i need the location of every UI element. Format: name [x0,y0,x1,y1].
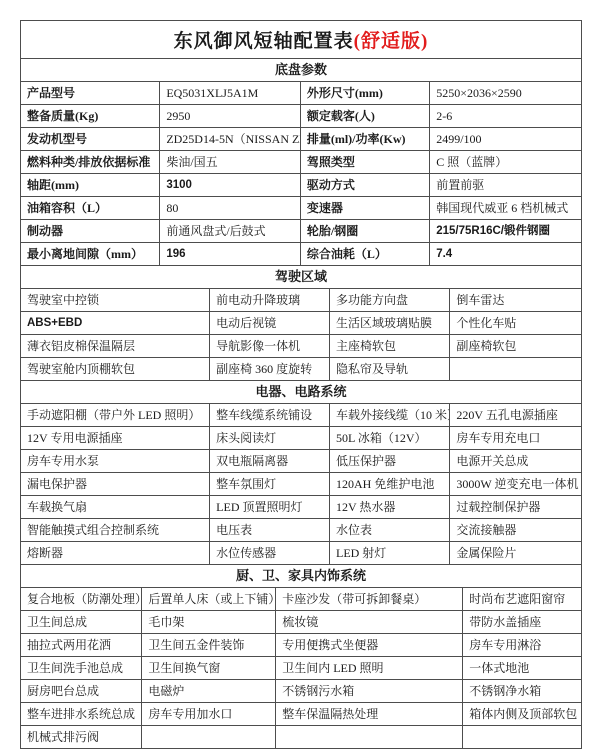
table-row: 抽拉式两用花洒卫生间五金件装饰专用便携式坐便器房车专用淋浴 [21,633,581,656]
feature-cell: 金属保险片 [449,542,581,564]
spec-label: 燃料种类/排放依据标准 [21,151,159,173]
spec-label: 油箱容积（L） [21,197,159,219]
spec-label: 排量(ml)/功率(Kw) [300,128,429,150]
table-sections: 底盘参数产品型号EQ5031XLJ5A1M外形尺寸(mm)5250×2036×2… [21,58,581,741]
feature-cell: 手动遮阳棚（带户外 LED 照明） [21,404,209,426]
config-table: 东风御风短轴配置表(舒适版) 底盘参数产品型号EQ5031XLJ5A1M外形尺寸… [20,20,582,741]
feature-cell: 专用便携式坐便器 [275,634,462,656]
spec-value: 2-6 [429,105,581,127]
spec-label: 产品型号 [21,82,159,104]
spec-value: 韩国现代威亚 6 档机械式 [429,197,581,219]
feature-cell: 厨房吧台总成 [21,680,141,702]
feature-cell: 房车专用水泵 [21,450,209,472]
feature-cell: 倒车雷达 [449,289,581,311]
spec-value: ZD25D14-5N（NISSAN ZD） [159,128,300,150]
feature-cell: 电源开关总成 [449,450,581,472]
feature-cell: 12V 热水器 [329,496,449,518]
feature-cell: 漏电保护器 [21,473,209,495]
section-header-chassis-parameters: 底盘参数 [21,58,581,81]
table-row: 发动机型号ZD25D14-5N（NISSAN ZD）排量(ml)/功率(Kw)2… [21,127,581,150]
feature-cell: 50L 冰箱（12V） [329,427,449,449]
table-row: ABS+EBD电动后视镜生活区域玻璃贴膜个性化车贴 [21,311,581,334]
feature-cell: 前电动升降玻璃 [209,289,329,311]
table-row: 薄衣铝皮棉保温隔层导航影像一体机主座椅软包副座椅软包 [21,334,581,357]
spec-value: 前通风盘式/后鼓式 [159,220,300,242]
table-row: 卫生间洗手池总成卫生间换气窗卫生间内 LED 照明一体式地池 [21,656,581,679]
feature-cell: 驾驶室中控锁 [21,289,209,311]
feature-cell: 水位表 [329,519,449,541]
spec-label: 驱动方式 [300,174,429,196]
spec-value: 196 [159,243,300,265]
table-row: 漏电保护器整车氛围灯120AH 免维护电池3000W 逆变充电一体机 [21,472,581,495]
feature-cell: 机械式排污阀 [21,726,141,741]
spec-label: 发动机型号 [21,128,159,150]
spec-value: 2499/100 [429,128,581,150]
spec-label: 轴距(mm) [21,174,159,196]
feature-cell: 导航影像一体机 [209,335,329,357]
feature-cell: 一体式地池 [462,657,581,679]
feature-cell: 整车线缆系统铺设 [209,404,329,426]
spec-label: 制动器 [21,220,159,242]
feature-cell: 薄衣铝皮棉保温隔层 [21,335,209,357]
table-row: 油箱容积（L）80变速器韩国现代威亚 6 档机械式 [21,196,581,219]
feature-cell: 车载外接线缆（10 米） [329,404,449,426]
feature-cell: 智能触摸式组合控制系统 [21,519,209,541]
feature-cell: 隐私帘及导轨 [329,358,449,380]
feature-cell: 12V 专用电源插座 [21,427,209,449]
feature-cell: 房车专用加水口 [141,703,275,725]
feature-cell: 车载换气扇 [21,496,209,518]
feature-cell: 副座椅 360 度旋转 [209,358,329,380]
spec-label: 整备质量(Kg) [21,105,159,127]
feature-cell: 120AH 免维护电池 [329,473,449,495]
feature-cell: 水位传感器 [209,542,329,564]
feature-cell [275,726,462,741]
feature-cell: LED 射灯 [329,542,449,564]
table-row: 复合地板（防潮处理）后置单人床（或上下铺）卡座沙发（带可拆卸餐桌）时尚布艺遮阳窗… [21,587,581,610]
feature-cell: 不锈钢净水箱 [462,680,581,702]
feature-cell: 抽拉式两用花洒 [21,634,141,656]
table-row: 燃料种类/排放依据标准柴油/国五驾照类型C 照（蓝牌） [21,150,581,173]
section-header-electrical-circuit-system: 电器、电路系统 [21,380,581,403]
feature-cell: 整车进排水系统总成 [21,703,141,725]
feature-cell: 时尚布艺遮阳窗帘 [462,588,581,610]
feature-cell: 卫生间五金件装饰 [141,634,275,656]
feature-cell: 卫生间总成 [21,611,141,633]
feature-cell: 卫生间内 LED 照明 [275,657,462,679]
spec-value: EQ5031XLJ5A1M [159,82,300,104]
table-row: 熔断器水位传感器LED 射灯金属保险片 [21,541,581,564]
spec-value: 3100 [159,174,300,196]
feature-cell [462,726,581,741]
feature-cell: 房车专用充电口 [449,427,581,449]
feature-cell: 交流接触器 [449,519,581,541]
table-row: 驾驶室舱内顶棚软包副座椅 360 度旋转隐私帘及导轨 [21,357,581,380]
spec-label: 综合油耗（L） [300,243,429,265]
feature-cell: 双电瓶隔离器 [209,450,329,472]
feature-cell: 电动后视镜 [209,312,329,334]
feature-cell: 梳妆镜 [275,611,462,633]
spec-label: 驾照类型 [300,151,429,173]
feature-cell: 房车专用淋浴 [462,634,581,656]
feature-cell: 床头阅读灯 [209,427,329,449]
table-row: 车载换气扇LED 顶置照明灯12V 热水器过载控制保护器 [21,495,581,518]
table-row: 12V 专用电源插座床头阅读灯50L 冰箱（12V）房车专用充电口 [21,426,581,449]
table-row: 最小离地间隙（mm）196综合油耗（L）7.4 [21,242,581,265]
table-title: 东风御风短轴配置表(舒适版) [21,21,581,58]
feature-cell: 箱体内侧及顶部软包 [462,703,581,725]
feature-cell: 熔断器 [21,542,209,564]
feature-cell: 毛巾架 [141,611,275,633]
feature-cell: 卫生间洗手池总成 [21,657,141,679]
table-row: 驾驶室中控锁前电动升降玻璃多功能方向盘倒车雷达 [21,288,581,311]
table-row: 机械式排污阀 [21,725,581,741]
feature-cell: 卫生间换气窗 [141,657,275,679]
table-row: 轴距(mm)3100驱动方式前置前驱 [21,173,581,196]
section-header-kitchen-bath-furniture-system: 厨、卫、家具内饰系统 [21,564,581,587]
table-row: 手动遮阳棚（带户外 LED 照明）整车线缆系统铺设车载外接线缆（10 米）220… [21,403,581,426]
feature-cell: 过载控制保护器 [449,496,581,518]
feature-cell: 不锈钢污水箱 [275,680,462,702]
spec-value: 5250×2036×2590 [429,82,581,104]
section-header-driving-area: 驾驶区域 [21,265,581,288]
spec-value: 前置前驱 [429,174,581,196]
spec-value: 80 [159,197,300,219]
spec-label: 轮胎/钢圈 [300,220,429,242]
spec-label: 最小离地间隙（mm） [21,243,159,265]
spec-value: 柴油/国五 [159,151,300,173]
title-text: 东风御风短轴配置表 [174,26,354,53]
table-row: 整车进排水系统总成房车专用加水口整车保温隔热处理箱体内侧及顶部软包 [21,702,581,725]
feature-cell: 带防水盖插座 [462,611,581,633]
feature-cell: 后置单人床（或上下铺） [141,588,275,610]
title-variant-highlight: (舒适版) [354,26,429,53]
spec-value: 7.4 [429,243,581,265]
feature-cell: 电磁炉 [141,680,275,702]
spec-value: C 照（蓝牌） [429,151,581,173]
feature-cell: 驾驶室舱内顶棚软包 [21,358,209,380]
feature-cell: 个性化车贴 [449,312,581,334]
feature-cell: 整车保温隔热处理 [275,703,462,725]
feature-cell: 低压保护器 [329,450,449,472]
feature-cell: ABS+EBD [21,312,209,334]
feature-cell: 220V 五孔电源插座 [449,404,581,426]
feature-cell: 生活区域玻璃贴膜 [329,312,449,334]
feature-cell: 副座椅软包 [449,335,581,357]
feature-cell: 电压表 [209,519,329,541]
feature-cell: 整车氛围灯 [209,473,329,495]
feature-cell: 多功能方向盘 [329,289,449,311]
feature-cell: 复合地板（防潮处理） [21,588,141,610]
table-row: 卫生间总成毛巾架梳妆镜带防水盖插座 [21,610,581,633]
spec-value: 2950 [159,105,300,127]
feature-cell: LED 顶置照明灯 [209,496,329,518]
spec-label: 外形尺寸(mm) [300,82,429,104]
table-row: 整备质量(Kg)2950额定载客(人)2-6 [21,104,581,127]
spec-label: 额定载客(人) [300,105,429,127]
table-row: 房车专用水泵双电瓶隔离器低压保护器电源开关总成 [21,449,581,472]
feature-cell [449,358,581,380]
feature-cell: 主座椅软包 [329,335,449,357]
spec-value: 215/75R16C/锻件钢圈 [429,220,581,242]
feature-cell: 卡座沙发（带可拆卸餐桌） [275,588,462,610]
spec-label: 变速器 [300,197,429,219]
feature-cell: 3000W 逆变充电一体机 [449,473,581,495]
table-row: 智能触摸式组合控制系统电压表水位表交流接触器 [21,518,581,541]
table-row: 产品型号EQ5031XLJ5A1M外形尺寸(mm)5250×2036×2590 [21,81,581,104]
table-row: 厨房吧台总成电磁炉不锈钢污水箱不锈钢净水箱 [21,679,581,702]
table-row: 制动器前通风盘式/后鼓式轮胎/钢圈215/75R16C/锻件钢圈 [21,219,581,242]
feature-cell [141,726,275,741]
